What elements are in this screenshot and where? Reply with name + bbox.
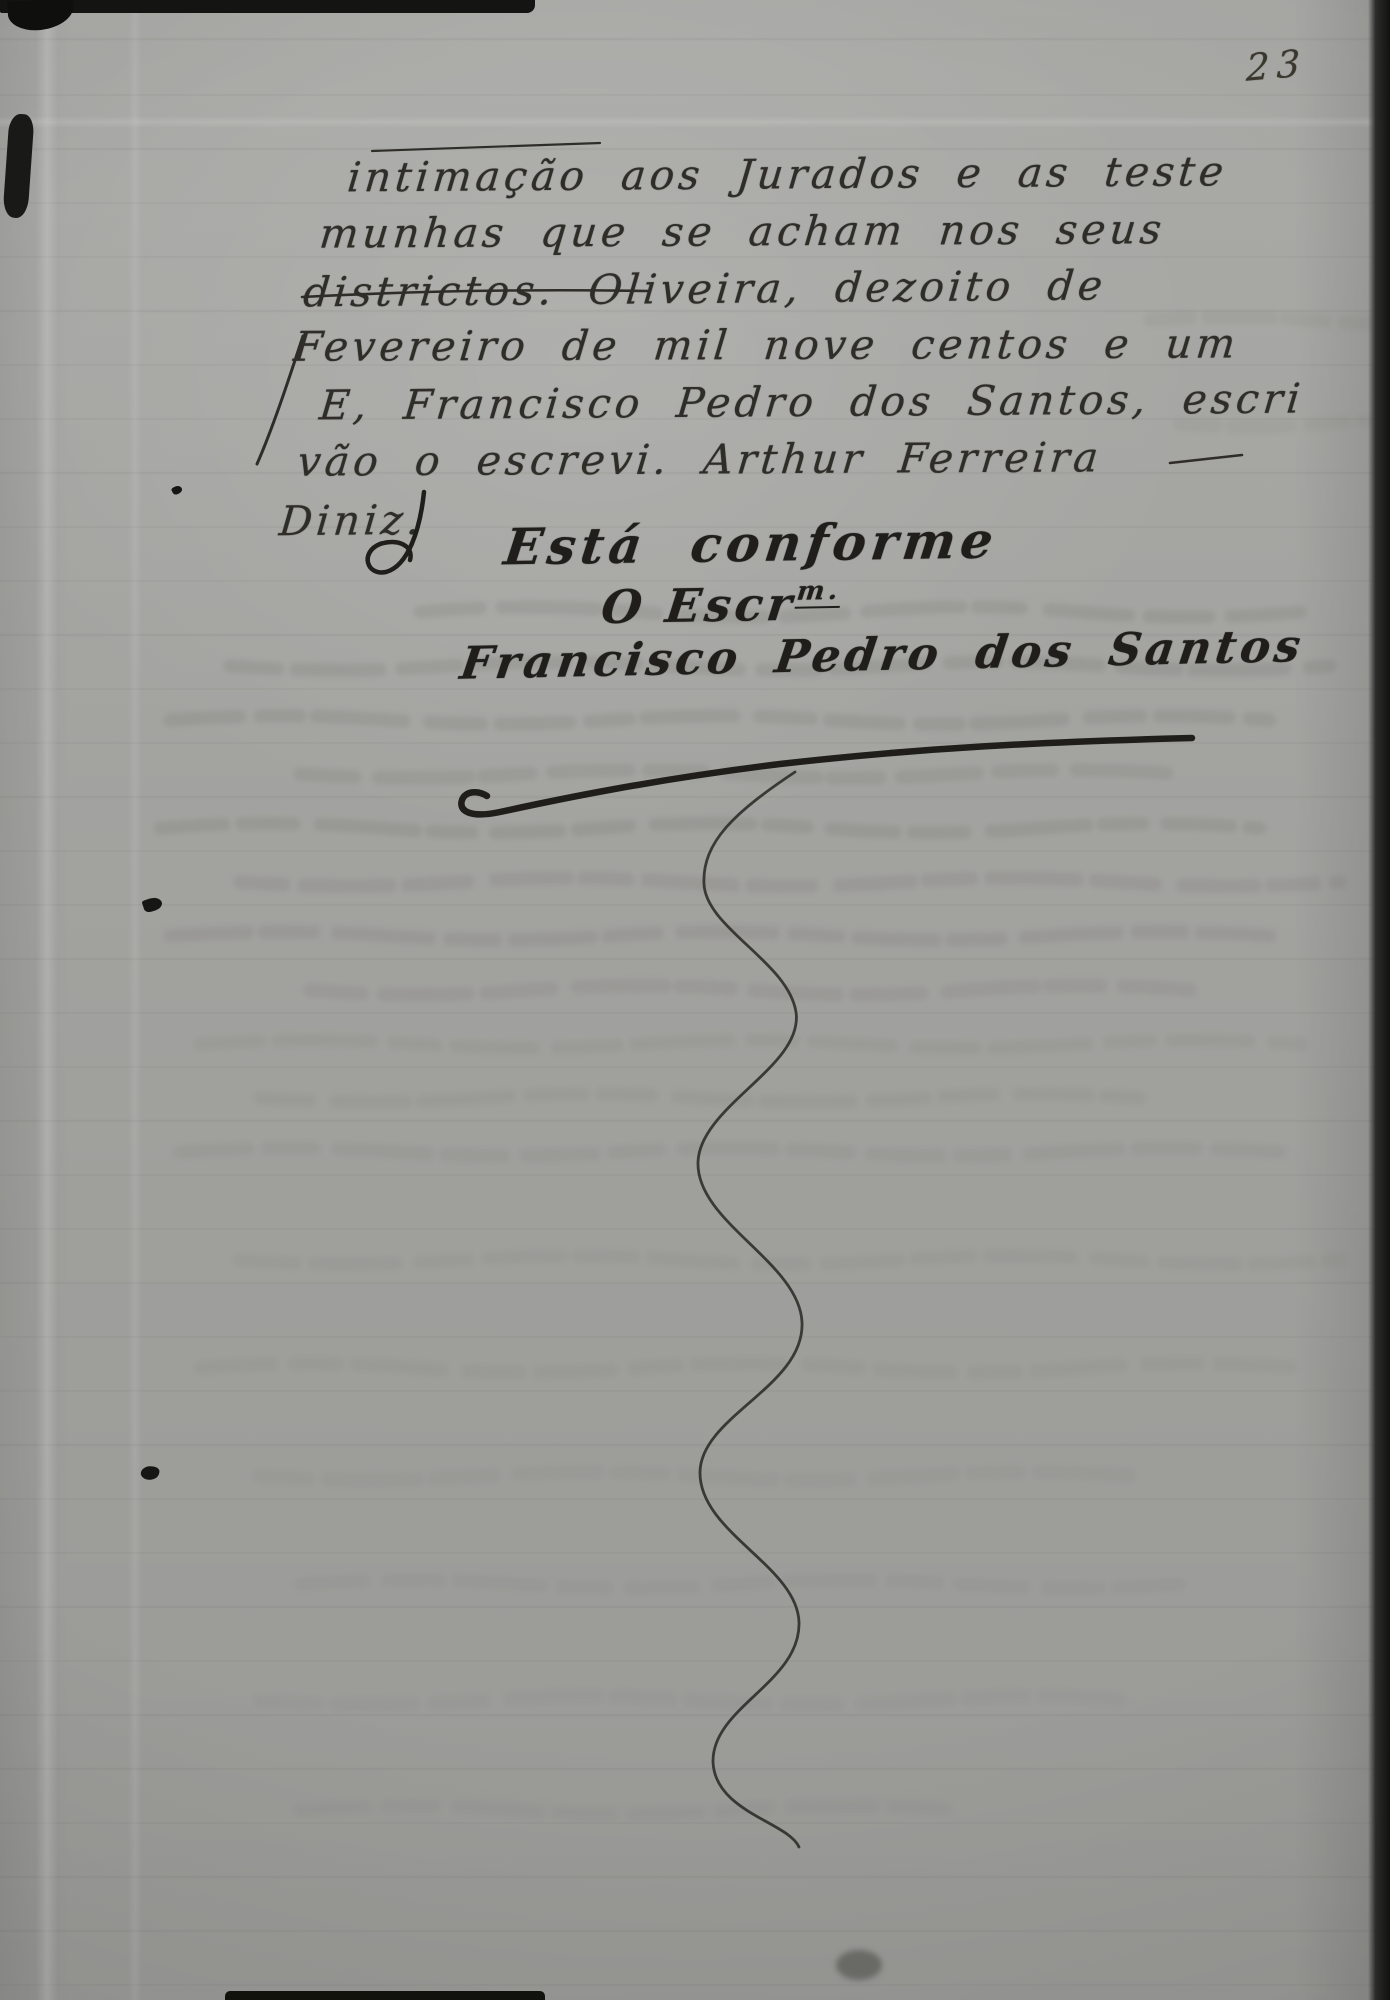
signer-title-prefix: O Escr xyxy=(598,577,798,634)
signer-title-sup: m. xyxy=(795,576,844,609)
manuscript-line: E, Francisco Pedro dos Santos, escri xyxy=(317,371,1307,435)
scan-edge-bottom xyxy=(225,1991,545,2000)
crease-highlight xyxy=(0,116,1390,128)
manuscript-line: vão o escrevi. Arthur Ferreira xyxy=(295,428,1301,490)
attestation-line: Está conforme xyxy=(501,511,1002,577)
signer-title: O Escrm. xyxy=(598,576,843,634)
manuscript-text-block: intimação aos Jurados e as teste munhas … xyxy=(277,146,1330,545)
manuscript-line: munhas que se acham nos seus xyxy=(317,200,1325,262)
manuscript-line: Fevereiro de mil nove centos e um xyxy=(291,315,1313,376)
manuscript-line: intimação aos Jurados e as teste xyxy=(345,143,1331,207)
manuscript-page-scan: 23 intimação aos Jurados e as teste munh… xyxy=(0,0,1390,2000)
scan-edge-right xyxy=(1368,0,1390,2000)
fold-highlight xyxy=(128,0,142,2000)
bottom-smudge xyxy=(836,1950,882,1980)
manuscript-line: districtos. Oliveira, dezoito de xyxy=(301,256,1319,322)
gutter-highlight xyxy=(36,0,58,2000)
scan-edge-top xyxy=(0,0,535,13)
page-number: 23 xyxy=(1246,41,1308,90)
